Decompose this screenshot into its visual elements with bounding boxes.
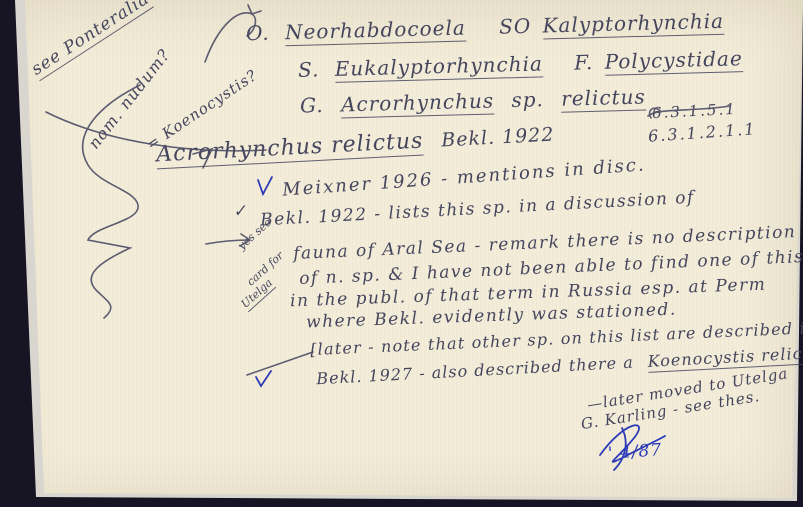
family-abbr: F. [574,50,594,74]
section-name: Eukalyptorhynchia [334,51,543,82]
title-authority: Bekl. 1922 [441,124,555,152]
suborder-name: Kalyptorhynchia [542,9,724,40]
checkmark-icon: ✓ [232,201,249,220]
section-abbr: S. [298,57,320,82]
species-name: relictus [561,84,646,112]
family-name: Polycystidae [604,46,743,76]
date-annotation: ' 4/87 [607,441,662,463]
order-name: Neorhabdocoela [285,16,466,47]
genus-abbr: G. [300,93,324,118]
genus-name: Acrorhynchus [341,88,495,118]
suborder-abbr: SO [499,14,532,39]
sp-abbr: sp. [511,87,544,112]
order-abbr: O. [246,21,270,46]
scanned-index-card-page: O. Neorhabdocoela SO Kalyptorhynchia S. … [0,0,803,507]
